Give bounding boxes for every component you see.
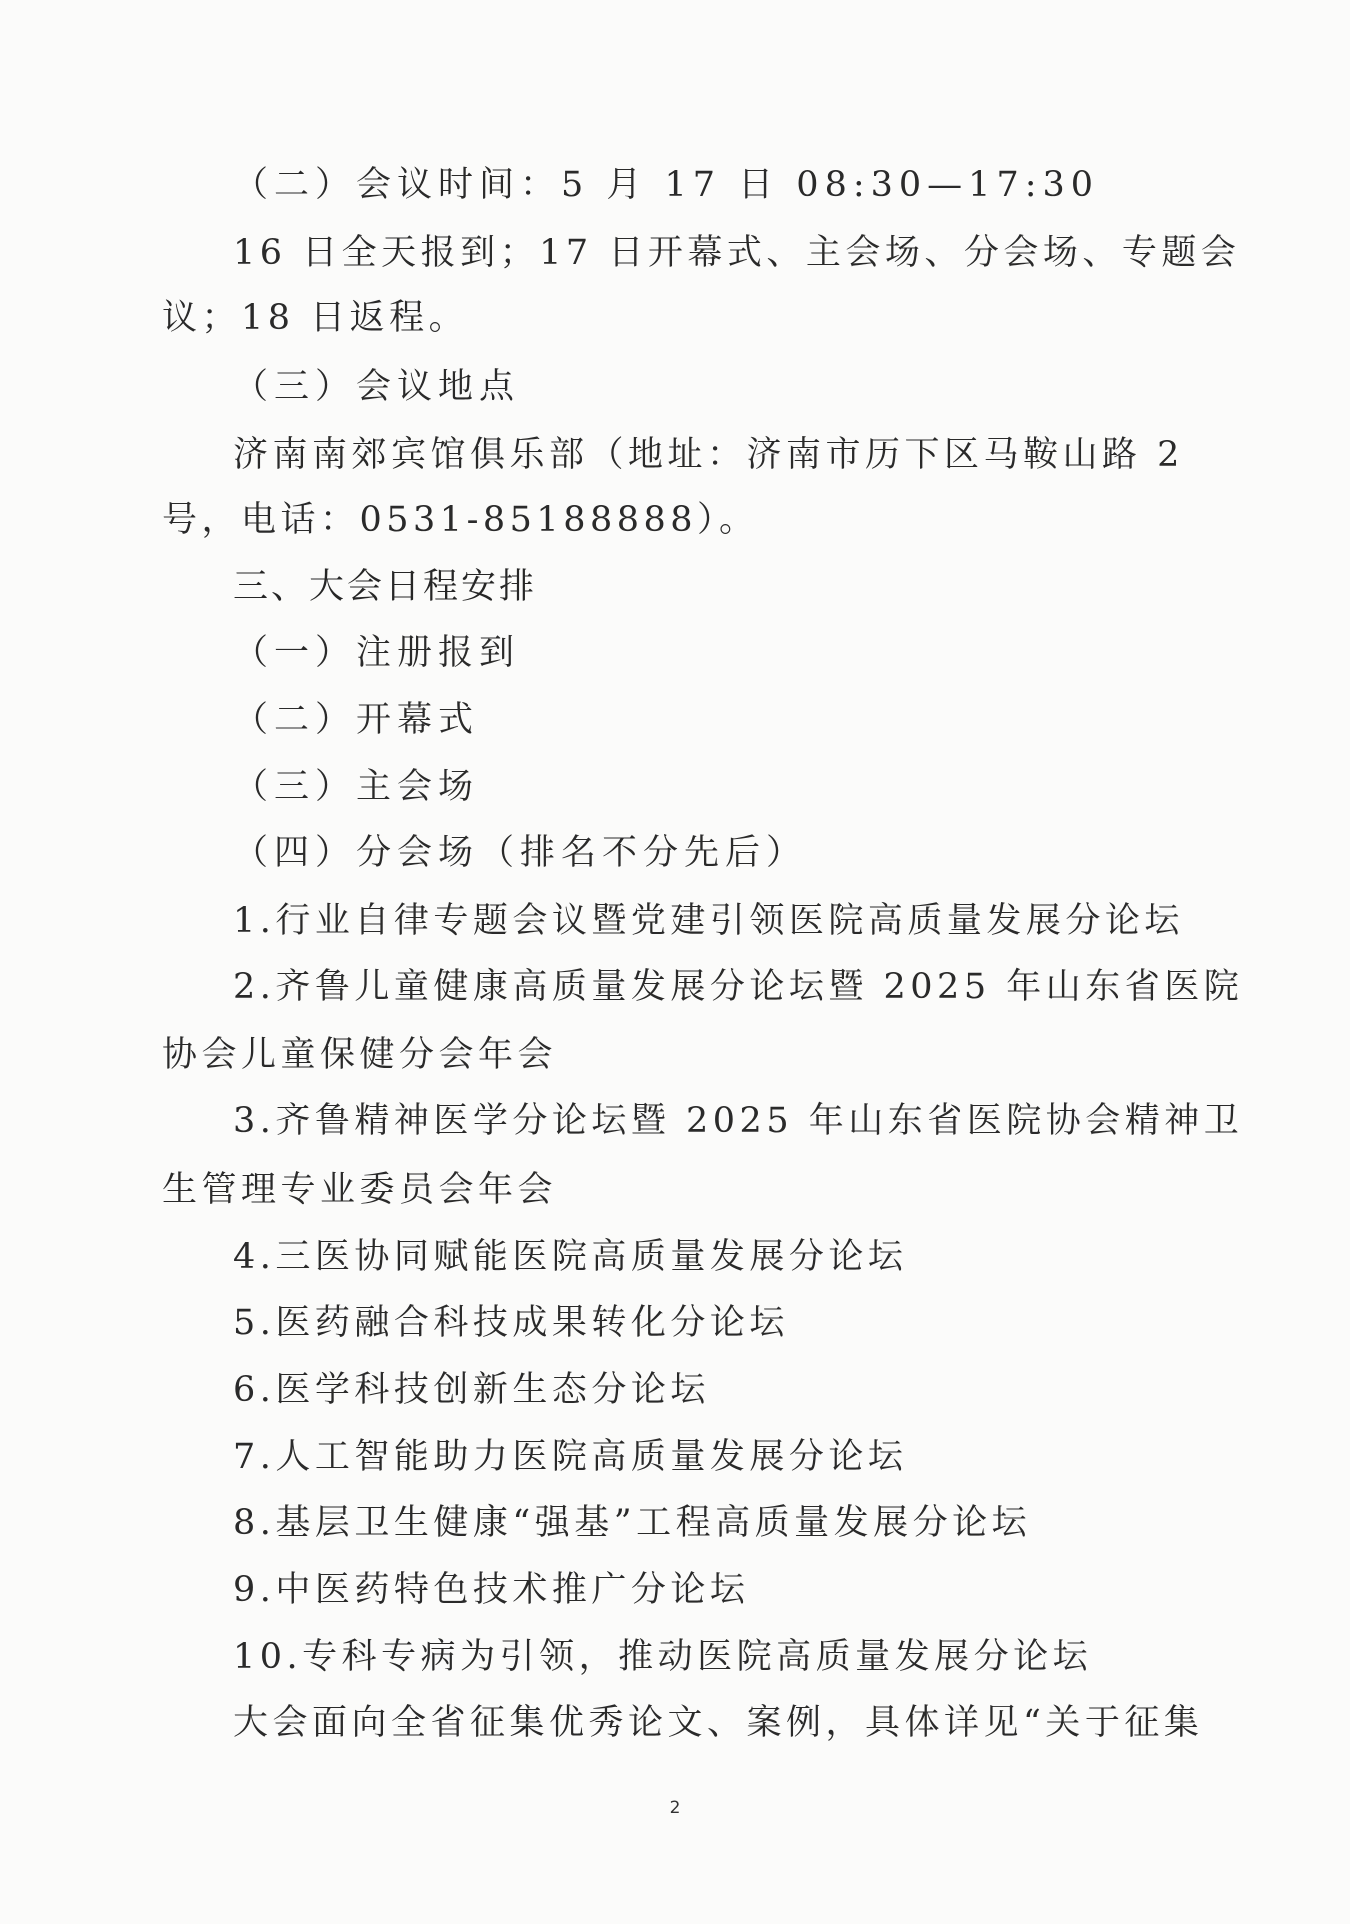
document-page: （二）会议时间：5 月 17 日 08:30—17:30 16 日全天报到；17… bbox=[0, 0, 1350, 1924]
forum-item-6: 6.医学科技创新生态分论坛 bbox=[233, 1366, 1223, 1414]
forum-item-4: 4.三医协同赋能医院高质量发展分论坛 bbox=[233, 1233, 1223, 1281]
subsection-main-venue: （三）主会场 bbox=[233, 763, 1223, 811]
meeting-place-heading: （三）会议地点 bbox=[233, 363, 1223, 411]
schedule-line-2: 议；18 日返程。 bbox=[162, 294, 1152, 342]
subsection-sub-venues: （四）分会场（排名不分先后） bbox=[233, 829, 1223, 877]
forum-item-9: 9.中医药特色技术推广分论坛 bbox=[233, 1566, 1223, 1614]
subsection-registration: （一）注册报到 bbox=[233, 629, 1223, 677]
forum-item-3-line-2: 生管理专业委员会年会 bbox=[162, 1166, 1152, 1214]
forum-item-8: 8.基层卫生健康“强基”工程高质量发展分论坛 bbox=[233, 1499, 1223, 1547]
meeting-time-heading: （二）会议时间：5 月 17 日 08:30—17:30 bbox=[233, 161, 1223, 209]
section-3-heading: 三、大会日程安排 bbox=[233, 563, 1223, 611]
schedule-line-1: 16 日全天报到；17 日开幕式、主会场、分会场、专题会 bbox=[233, 229, 1223, 277]
forum-item-3-line-1: 3.齐鲁精神医学分论坛暨 2025 年山东省医院协会精神卫 bbox=[233, 1097, 1223, 1145]
forum-item-1: 1.行业自律专题会议暨党建引领医院高质量发展分论坛 bbox=[233, 897, 1223, 945]
forum-item-5: 5.医药融合科技成果转化分论坛 bbox=[233, 1299, 1223, 1347]
address-line-1: 济南南郊宾馆俱乐部（地址：济南市历下区马鞍山路 2 bbox=[233, 431, 1223, 479]
page-number: 2 bbox=[0, 1798, 1350, 1818]
forum-item-2-line-2: 协会儿童保健分会年会 bbox=[162, 1031, 1152, 1079]
paper-call-paragraph: 大会面向全省征集优秀论文、案例，具体详见“关于征集 bbox=[233, 1699, 1223, 1747]
forum-item-10: 10.专科专病为引领，推动医院高质量发展分论坛 bbox=[233, 1633, 1223, 1681]
forum-item-7: 7.人工智能助力医院高质量发展分论坛 bbox=[233, 1433, 1223, 1481]
address-line-2: 号，电话：0531-85188888）。 bbox=[162, 496, 1152, 544]
subsection-opening-ceremony: （二）开幕式 bbox=[233, 696, 1223, 744]
forum-item-2-line-1: 2.齐鲁儿童健康高质量发展分论坛暨 2025 年山东省医院 bbox=[233, 963, 1223, 1011]
